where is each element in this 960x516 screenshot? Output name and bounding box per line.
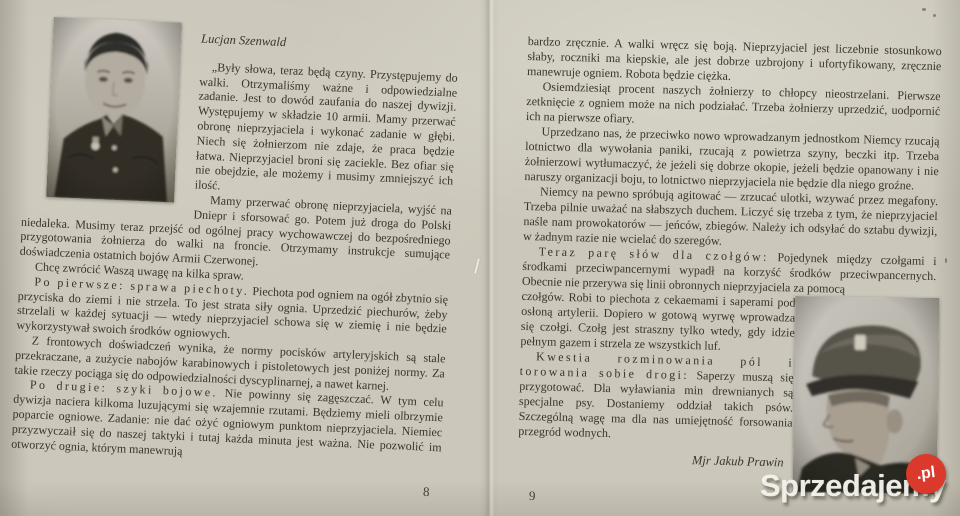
paragraph-text: bardzo zręcznie. A walki wręcz się boją.…: [527, 34, 942, 83]
page-number-value: 8: [423, 484, 430, 499]
page-number-left: 8: [423, 484, 430, 500]
signature: Mjr Jakub Prawin: [517, 439, 792, 471]
page-number-value: 9: [529, 488, 536, 503]
paragraph: czołgów. Robi to piechota z cekaemami i …: [520, 289, 795, 356]
paragraph-saperzy: Kwestia rozminowania pól i torowania sob…: [518, 349, 794, 446]
paragraph: Uprzedzano nas, że przeciwko nowo wprowa…: [524, 124, 939, 194]
signature-name: Mjr Jakub Prawin: [692, 453, 784, 469]
left-page: Lucjan Szenwald „Były słowa, teraz będą …: [11, 16, 460, 470]
paper-speck: [922, 8, 926, 11]
page-number-right: 9: [529, 488, 536, 504]
paragraph-text: Uprzedzano nas, że przeciwko nowo wprowa…: [524, 124, 939, 192]
paragraph-text: „Były słowa, teraz będą czyny. Przystępu…: [195, 60, 459, 193]
paragraph-text: Nie powinny się zagęszczać. W tym celu d…: [11, 386, 444, 457]
paper-fiber: [474, 258, 480, 274]
narrow-text-column: czołgów. Robi to piechota z cekaemami i …: [517, 289, 795, 471]
portrait-photo-prawin: [793, 296, 940, 494]
paragraph: Niemcy na pewno spróbują agitować — zrzu…: [523, 184, 938, 254]
paper-speck: [945, 258, 947, 263]
open-book-photo: Lucjan Szenwald „Były słowa, teraz będą …: [0, 0, 960, 516]
portrait-photo-szenwald: [46, 17, 182, 202]
paragraph-text: Mamy przerwać obronę nieprzyjaciela, wyj…: [19, 193, 452, 268]
portrait-left-graphic: [46, 17, 182, 202]
author-name: Lucjan Szenwald: [201, 31, 287, 49]
portrait-right-graphic: [793, 296, 940, 494]
page-gutter-fold: [479, 0, 499, 516]
paragraph-text: Niemcy na pewno spróbują agitować — zrzu…: [523, 184, 938, 247]
paragraph-text: czołgów. Robi to piechota z cekaemami i …: [520, 289, 795, 353]
paper-speck: [933, 14, 936, 17]
